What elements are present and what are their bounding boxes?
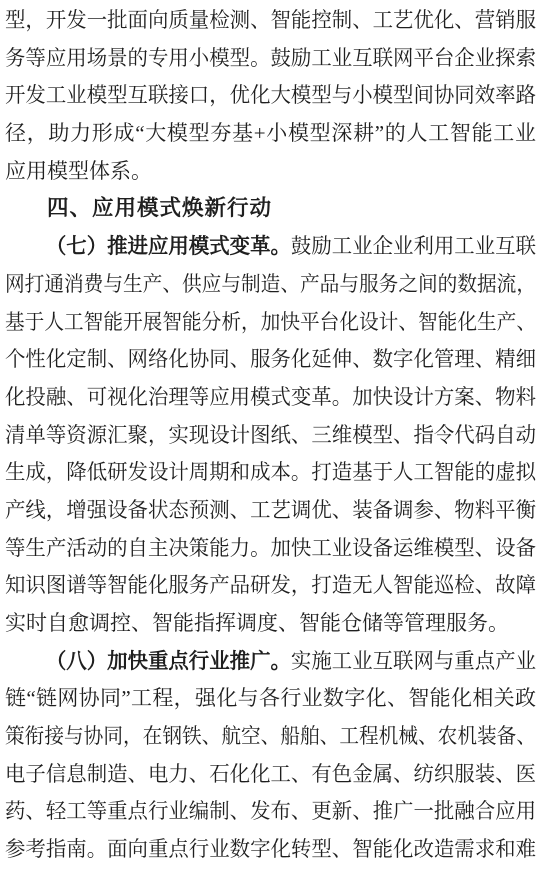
document-page: 型，开发一批面向质量检测、智能控制、工艺优化、营销服务等应用场景的专用小模型。鼓…: [0, 0, 541, 871]
body-text-line: 务等应用场景的专用小模型。鼓励工业互联网平台企业探索: [5, 40, 521, 78]
body-text-line: 开发工业模型互联接口，优化大模型与小模型间协同效率路: [5, 77, 521, 115]
body-text-line: 生成，降低研发设计周期和成本。打造基于人工智能的虚拟: [5, 454, 521, 492]
body-text-line: （八）加快重点行业推广。实施工业互联网与重点产业: [5, 643, 521, 681]
body-text-line: 清单等资源汇聚，实现设计图纸、三维模型、指令代码自动: [5, 417, 521, 455]
body-text-line: 电子信息制造、电力、石化化工、有色金属、纺织服装、医: [5, 756, 521, 794]
paragraph-lead: （七）推进应用模式变革。: [46, 234, 291, 258]
body-text-line: （七）推进应用模式变革。鼓励工业企业利用工业互联: [5, 228, 521, 266]
body-text-line: 策衔接与协同，在钢铁、航空、船舶、工程机械、农机装备、: [5, 718, 502, 756]
body-text-line: 知识图谱等智能化服务产品研发，打造无人智能巡检、故障: [5, 567, 521, 605]
body-text-line: 型，开发一批面向质量检测、智能控制、工艺优化、营销服: [5, 2, 521, 40]
document-text-column: 型，开发一批面向质量检测、智能控制、工艺优化、营销服务等应用场景的专用小模型。鼓…: [5, 2, 536, 869]
paragraph-text: 实施工业互联网与重点产业: [291, 649, 536, 673]
paragraph-lead: （八）加快重点行业推广。: [46, 649, 291, 673]
section-heading: 四、应用模式焕新行动: [5, 190, 536, 228]
body-text-line: 药、轻工等重点行业编制、发布、更新、推广一批融合应用: [5, 793, 521, 831]
body-text-line: 个性化定制、网络化协同、服务化延伸、数字化管理、精细: [5, 341, 521, 379]
body-text-line: 等生产活动的自主决策能力。加快工业设备运维模型、设备: [5, 530, 521, 568]
body-text-line: 化投融、可视化治理等应用模式变革。加快设计方案、物料: [5, 379, 521, 417]
body-text-line: 链“链网协同”工程，强化与各行业数字化、智能化相关政: [5, 680, 536, 718]
body-text-line: 参考指南。面向重点行业数字化转型、智能化改造需求和难: [5, 831, 521, 869]
body-text-line: 网打通消费与生产、供应与制造、产品与服务之间的数据流，: [5, 266, 502, 304]
body-text-line: 基于人工智能开展智能分析，加快平台化设计、智能化生产、: [5, 304, 502, 342]
paragraph-text: 鼓励工业企业利用工业互联: [291, 234, 536, 258]
body-text-line: 径，助力形成“大模型夯基+小模型深耕”的人工智能工业: [5, 115, 536, 153]
body-text-line: 产线，增强设备状态预测、工艺调优、装备调参、物料平衡: [5, 492, 521, 530]
body-text-line: 应用模型体系。: [5, 153, 536, 191]
body-text-line: 实时自愈调控、智能指挥调度、智能仓储等管理服务。: [5, 605, 536, 643]
